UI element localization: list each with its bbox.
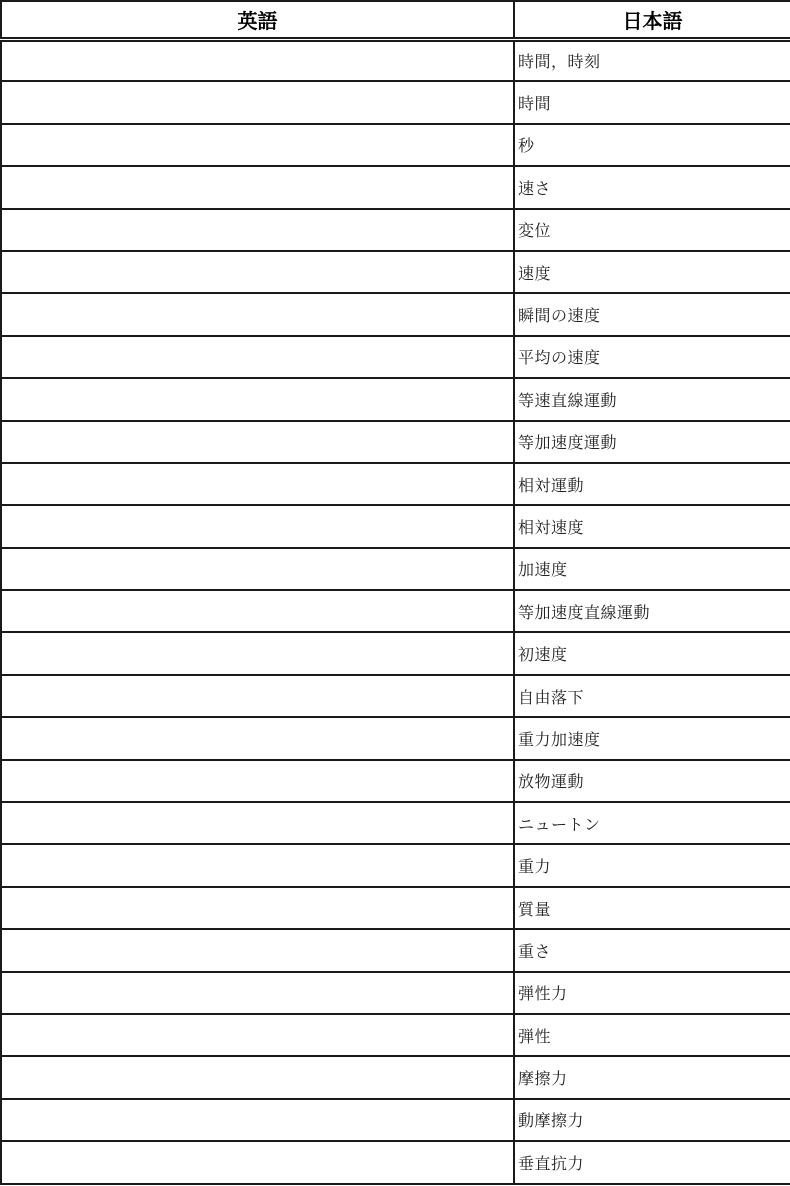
table-body: 時間，時刻時間秒速さ変位速度瞬間の速度平均の速度等速直線運動等加速度運動相対運動… [1, 39, 790, 1184]
cell-english[interactable] [1, 336, 514, 378]
cell-japanese: 等速直線運動 [514, 378, 790, 420]
cell-japanese: 質量 [514, 887, 790, 929]
cell-english[interactable] [1, 760, 514, 802]
table-row: 平均の速度 [1, 336, 790, 378]
table-row: 時間，時刻 [1, 39, 790, 81]
cell-english[interactable] [1, 590, 514, 632]
table-header: 英語 日本語 [1, 1, 790, 39]
cell-japanese: 等加速度運動 [514, 421, 790, 463]
table-row: 垂直抗力 [1, 1141, 790, 1184]
header-japanese: 日本語 [514, 1, 790, 39]
table-row: 重さ [1, 929, 790, 971]
cell-japanese: 速さ [514, 166, 790, 208]
cell-english[interactable] [1, 505, 514, 547]
cell-japanese: ニュートン [514, 802, 790, 844]
table-row: 弾性力 [1, 972, 790, 1014]
cell-japanese: 弾性 [514, 1014, 790, 1056]
cell-japanese: 垂直抗力 [514, 1141, 790, 1184]
vocabulary-table: 英語 日本語 時間，時刻時間秒速さ変位速度瞬間の速度平均の速度等速直線運動等加速… [0, 0, 790, 1185]
cell-english[interactable] [1, 717, 514, 759]
table-row: 等加速度直線運動 [1, 590, 790, 632]
table-row: 弾性 [1, 1014, 790, 1056]
cell-japanese: 放物運動 [514, 760, 790, 802]
table-row: 放物運動 [1, 760, 790, 802]
cell-english[interactable] [1, 378, 514, 420]
cell-english[interactable] [1, 802, 514, 844]
cell-english[interactable] [1, 632, 514, 674]
header-row: 英語 日本語 [1, 1, 790, 39]
table-row: 相対運動 [1, 463, 790, 505]
table-row: ニュートン [1, 802, 790, 844]
cell-english[interactable] [1, 39, 514, 81]
cell-english[interactable] [1, 293, 514, 335]
cell-japanese: 時間 [514, 81, 790, 123]
cell-english[interactable] [1, 1056, 514, 1098]
table-row: 等加速度運動 [1, 421, 790, 463]
table-row: 速度 [1, 251, 790, 293]
table-row: 等速直線運動 [1, 378, 790, 420]
table-row: 重力加速度 [1, 717, 790, 759]
cell-japanese: 相対運動 [514, 463, 790, 505]
cell-japanese: 加速度 [514, 548, 790, 590]
table-row: 変位 [1, 209, 790, 251]
cell-english[interactable] [1, 251, 514, 293]
table-row: 自由落下 [1, 675, 790, 717]
table-row: 時間 [1, 81, 790, 123]
cell-japanese: 瞬間の速度 [514, 293, 790, 335]
cell-english[interactable] [1, 844, 514, 886]
cell-english[interactable] [1, 166, 514, 208]
cell-english[interactable] [1, 421, 514, 463]
cell-english[interactable] [1, 548, 514, 590]
table-row: 相対速度 [1, 505, 790, 547]
cell-japanese: 重力加速度 [514, 717, 790, 759]
cell-japanese: 重力 [514, 844, 790, 886]
table-row: 質量 [1, 887, 790, 929]
cell-japanese: 初速度 [514, 632, 790, 674]
header-english: 英語 [1, 1, 514, 39]
table-row: 初速度 [1, 632, 790, 674]
cell-japanese: 速度 [514, 251, 790, 293]
cell-english[interactable] [1, 124, 514, 166]
table-row: 摩擦力 [1, 1056, 790, 1098]
cell-english[interactable] [1, 887, 514, 929]
cell-japanese: 時間，時刻 [514, 39, 790, 81]
cell-english[interactable] [1, 929, 514, 971]
cell-japanese: 重さ [514, 929, 790, 971]
cell-japanese: 変位 [514, 209, 790, 251]
cell-english[interactable] [1, 463, 514, 505]
cell-japanese: 平均の速度 [514, 336, 790, 378]
cell-english[interactable] [1, 972, 514, 1014]
table-row: 動摩擦力 [1, 1099, 790, 1141]
table-row: 秒 [1, 124, 790, 166]
cell-english[interactable] [1, 1099, 514, 1141]
cell-japanese: 動摩擦力 [514, 1099, 790, 1141]
table-row: 加速度 [1, 548, 790, 590]
cell-japanese: 自由落下 [514, 675, 790, 717]
cell-japanese: 等加速度直線運動 [514, 590, 790, 632]
cell-japanese: 相対速度 [514, 505, 790, 547]
cell-english[interactable] [1, 675, 514, 717]
cell-japanese: 秒 [514, 124, 790, 166]
cell-english[interactable] [1, 1141, 514, 1184]
cell-english[interactable] [1, 1014, 514, 1056]
cell-english[interactable] [1, 81, 514, 123]
table-row: 重力 [1, 844, 790, 886]
cell-japanese: 摩擦力 [514, 1056, 790, 1098]
table-row: 速さ [1, 166, 790, 208]
cell-japanese: 弾性力 [514, 972, 790, 1014]
table-row: 瞬間の速度 [1, 293, 790, 335]
cell-english[interactable] [1, 209, 514, 251]
